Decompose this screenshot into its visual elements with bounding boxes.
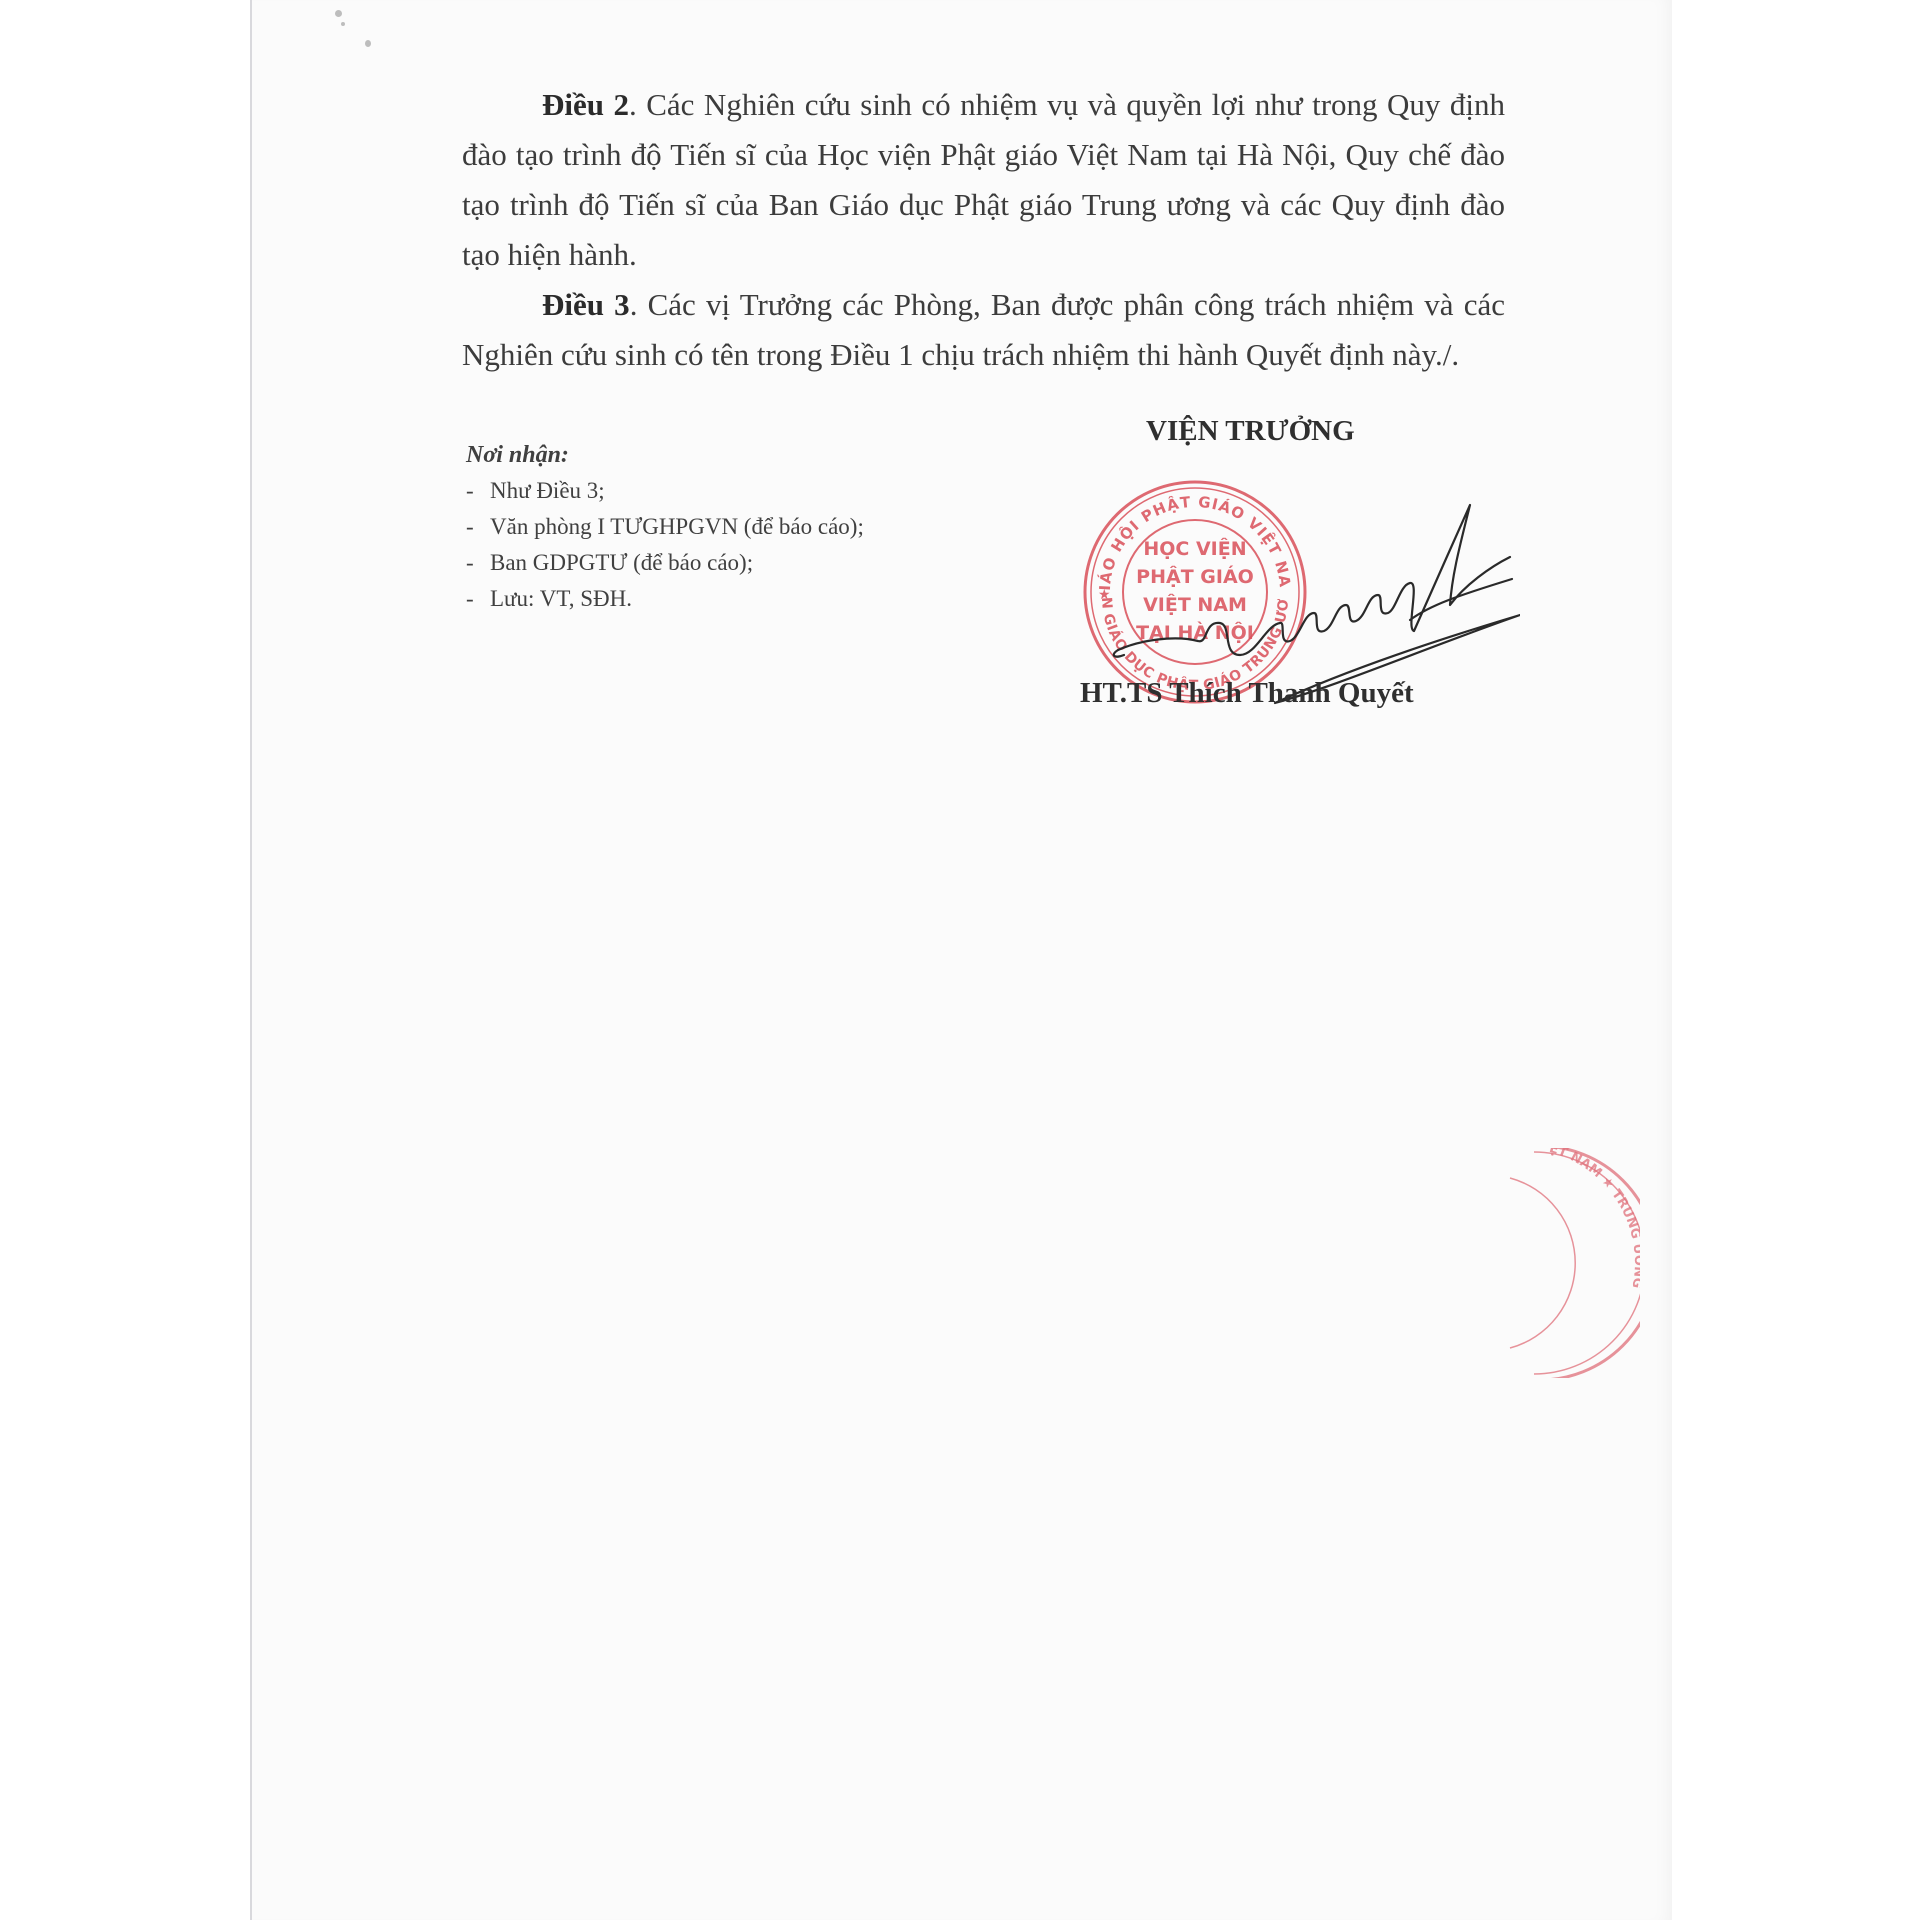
partial-stamp-icon: ỆT NAM ★ TRUNG ƯƠNG (1500, 1148, 1640, 1378)
recipients-block: Nơi nhận: -Như Điều 3; -Văn phòng I TƯGH… (466, 437, 864, 617)
article-2: Điều 2. Các Nghiên cứu sinh có nhiệm vụ … (462, 80, 1505, 280)
handwritten-signature-icon (1080, 445, 1520, 705)
recipients-label: Nơi nhận: (466, 437, 864, 473)
recipient-item: -Ban GDPGTƯ (để báo cáo); (466, 545, 864, 581)
decision-body: Điều 2. Các Nghiên cứu sinh có nhiệm vụ … (462, 80, 1505, 380)
recipient-item: -Văn phòng I TƯGHPGVN (để báo cáo); (466, 509, 864, 545)
recipient-item: -Lưu: VT, SĐH. (466, 581, 864, 617)
article-3: Điều 3. Các vị Trưởng các Phòng, Ban đượ… (462, 280, 1505, 380)
recipient-item: -Như Điều 3; (466, 473, 864, 509)
scan-speck (335, 10, 342, 17)
signer-name: HT.TS Thích Thanh Quyết (1080, 677, 1414, 710)
scanned-document: Điều 2. Các Nghiên cứu sinh có nhiệm vụ … (0, 0, 1920, 1920)
svg-text:ỆT NAM ★ TRUNG ƯƠNG: ỆT NAM ★ TRUNG ƯƠNG (1547, 1148, 1640, 1289)
recipients-list: -Như Điều 3; -Văn phòng I TƯGHPGVN (để b… (466, 473, 864, 617)
article-2-heading: Điều 2 (542, 87, 629, 122)
scan-speck (365, 40, 371, 47)
article-3-heading: Điều 3 (542, 287, 630, 322)
scan-speck (341, 22, 345, 26)
signature-block: VIỆN TRƯỞNG GIÁO HỘI PHẬT GIÁO VIỆT NAM … (1080, 415, 1520, 735)
signer-title: VIỆN TRƯỞNG (1146, 415, 1355, 448)
